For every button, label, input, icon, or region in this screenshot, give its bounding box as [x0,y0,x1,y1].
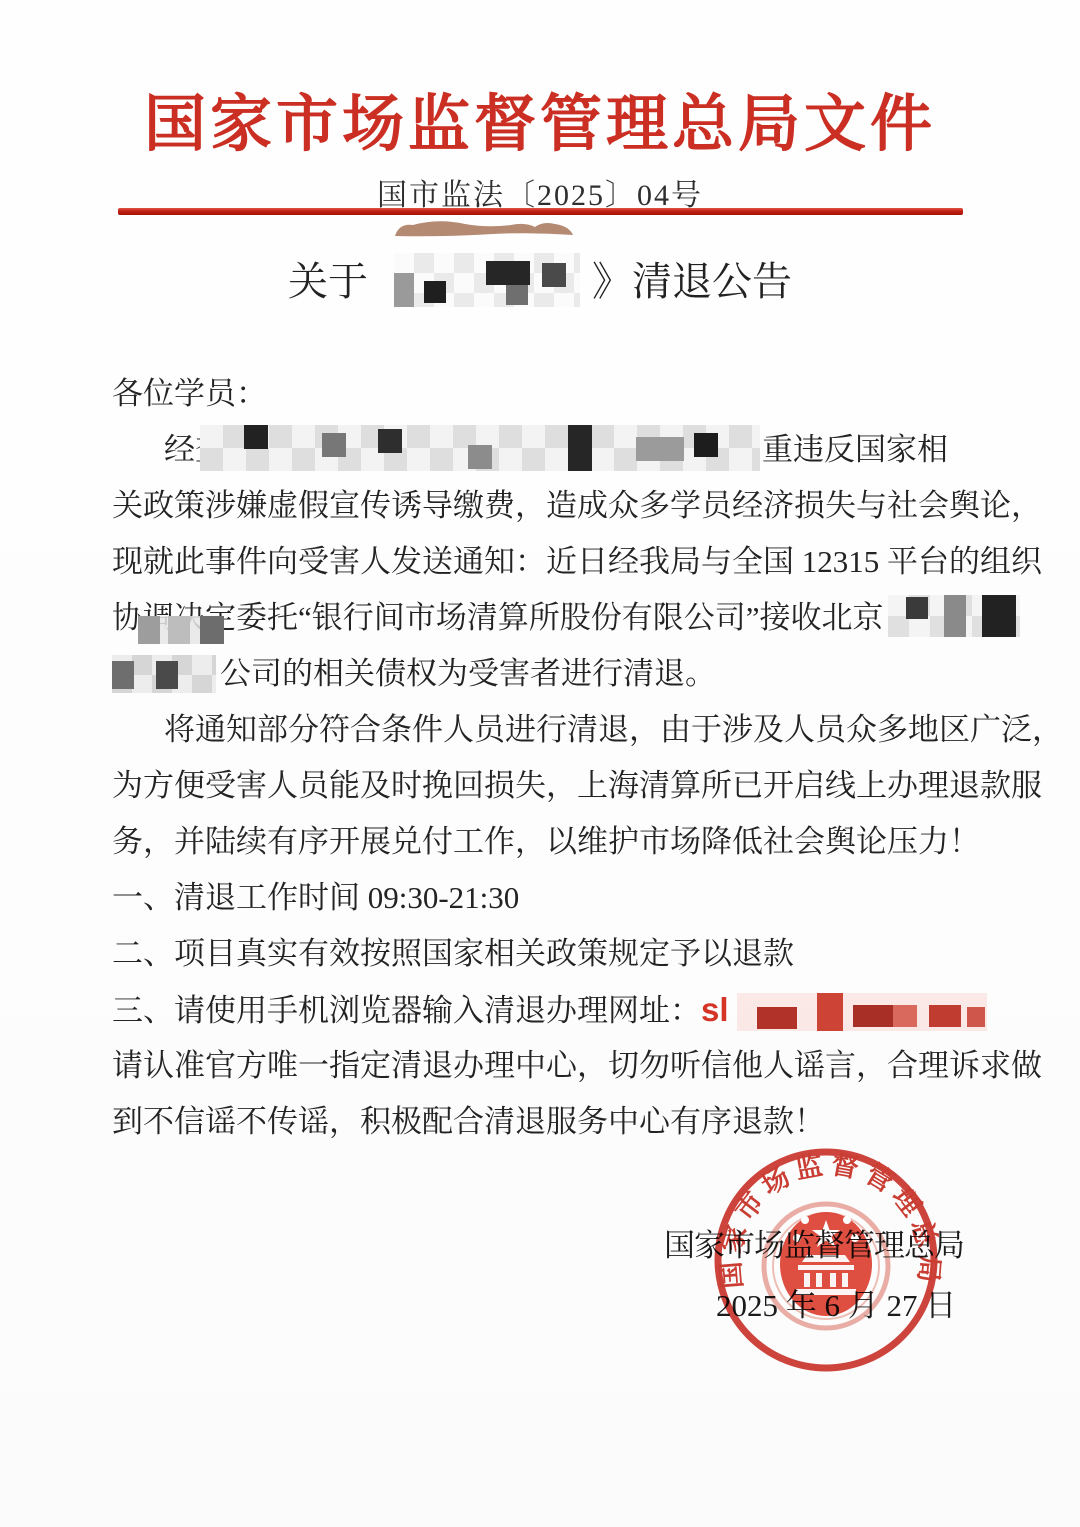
title-prefix: 关于 [288,259,368,304]
redaction-mosaic-company [112,655,216,693]
paragraph1-line5: 公司的相关债权为受害者进行清退。 [112,646,992,702]
signature-organization: 国家市场监督管理总局 [664,1220,964,1265]
tan-smudge-mark [393,219,575,239]
redaction-mosaic-small-overlap [138,616,224,644]
list-item-3: 三、请使用手机浏览器输入清退办理网址：sl [112,982,992,1038]
paragraph2-line3: 务，并陆续有序开展兑付工作，以维护市场降低社会舆论压力！ [112,814,992,870]
p1l1-text-post: 重违反国家相 [762,432,948,467]
paragraph2-line2: 为方便受害人员能及时挽回损失，上海清算所已开启线上办理退款服 [112,758,992,814]
closing-line2: 到不信谣不传谣，积极配合清退服务中心有序退款！ [112,1094,992,1150]
redaction-mosaic-url [737,993,987,1031]
paragraph2-line1: 将通知部分符合条件人员进行清退，由于涉及人员众多地区广泛， [112,702,992,758]
document-title-line: 关于》清退公告 [0,250,1080,307]
redacted-url-prefix: sl [701,991,729,1028]
document-page: 国家市场监督管理总局文件 国市监法〔2025〕04号 关于》清退公告 各位学员：… [0,0,1080,1527]
list-item-3-text: 三、请使用手机浏览器输入清退办理网址： [112,993,701,1028]
paragraph1-line2: 关政策涉嫌虚假宣传诱导缴费，造成众多学员经济损失与社会舆论， [112,478,992,534]
document-header-title: 国家市场监督管理总局文件 [0,74,1080,163]
redaction-mosaic-beijing [888,595,1020,637]
salutation-line: 各位学员： [112,366,992,422]
list-item-2: 二、项目真实有效按照国家相关政策规定予以退款 [112,926,992,982]
p1l5-text: 公司的相关债权为受害者进行清退。 [220,656,716,691]
paragraph1-line4: 协调决定委托“银行间市场清算所股份有限公司”接收北京 [112,590,992,646]
redaction-mosaic-title [394,253,580,307]
title-suffix: 》清退公告 [592,259,792,304]
paragraph1-line3: 现就此事件向受害人发送通知：近日经我局与全国 12315 平台的组织 [112,534,992,590]
redaction-mosaic-paragraph1 [200,425,760,471]
red-divider-rule [118,208,963,215]
paragraph1-line1: 经查重违反国家相 [112,422,992,478]
closing-line1: 请认准官方唯一指定清退办理中心，切勿听信他人谣言，合理诉求做 [112,1038,992,1094]
signature-date: 2025 年 6 月 27 日 [716,1280,956,1325]
list-item-1: 一、清退工作时间 09:30-21:30 [112,870,992,926]
p1l4-text: 协调决定委托“银行间市场清算所股份有限公司”接收北京 [112,600,884,635]
document-body: 各位学员： 经查重违反国家相 关政策涉嫌虚假宣传诱导缴费，造成众多学员经济损失与… [112,366,992,1150]
